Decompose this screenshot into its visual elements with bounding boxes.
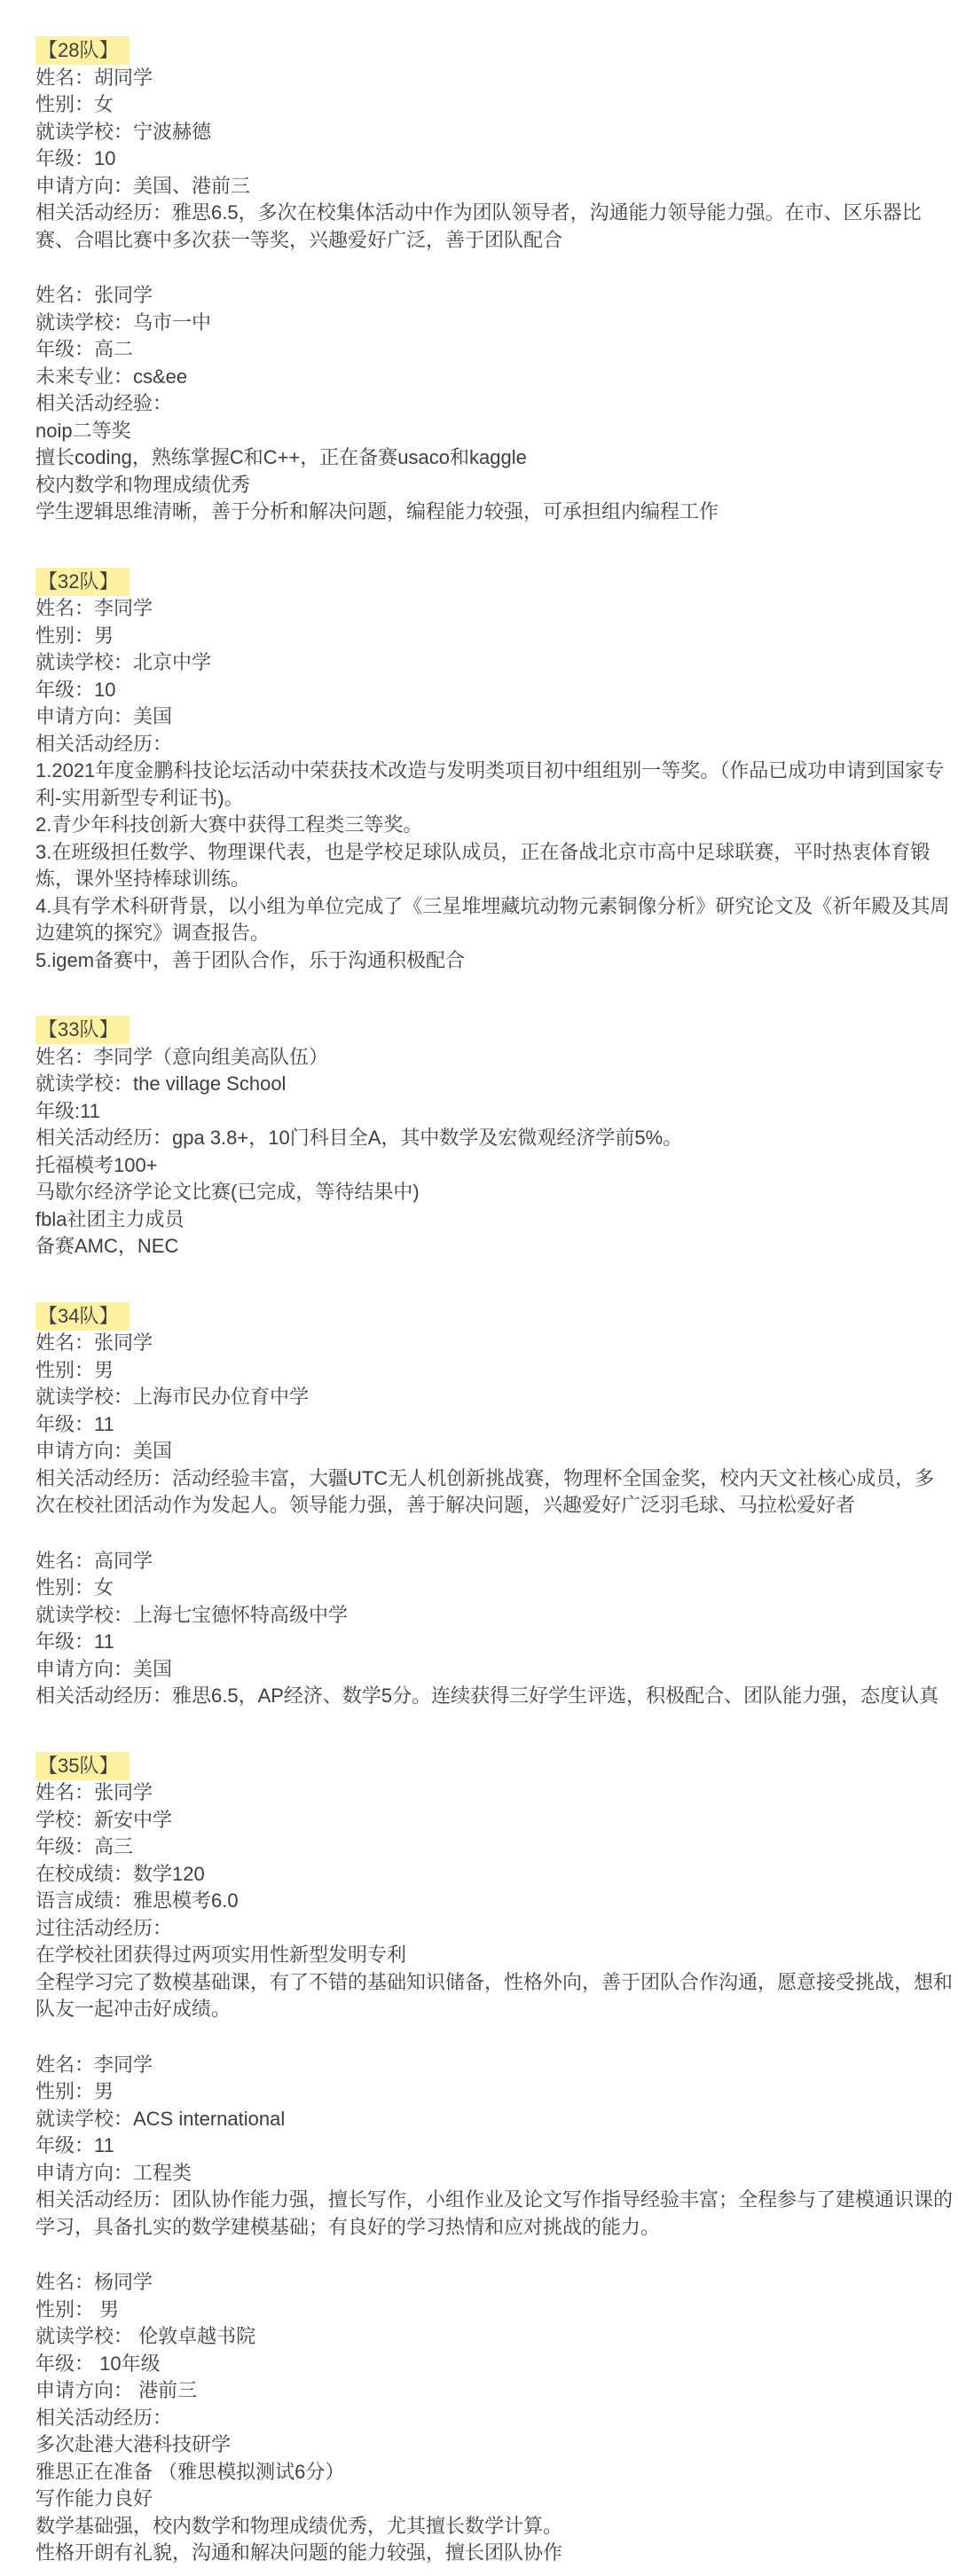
profile-line-school: 就读学校：宁波赫德 [35,119,953,146]
profile-line-patent: 在学校社团获得过两项实用性新型发明专利 [35,1942,953,1969]
profile-line-gender: 性别：男 [35,2078,953,2106]
student-profile: 姓名：张同学 就读学校：乌市一中 年级：高二 未来专业：cs&ee 相关活动经验… [35,282,953,526]
profile-line-activities: 相关活动经历：雅思6.5，多次在校集体活动中作为团队领导者，沟通能力领导能力强。… [35,200,953,254]
team-header: 【32队】 [35,569,953,596]
profile-line-application: 申请方向：美国 [35,1438,953,1465]
profile-line-name: 姓名：李同学（意向组美高队伍） [35,1044,953,1072]
team-header: 【33队】 [35,1017,953,1044]
profile-line-item-2: 2.青少年科技创新大赛中获得工程类三等奖。 [35,812,953,839]
profile-line-summary: 全程学习完了数模基础课，有了不错的基础知识储备，性格外向，善于团队合作沟通，愿意… [35,1969,953,2023]
team-section-33: 【33队】 姓名：李同学（意向组美高队伍） 就读学校：the village S… [35,1017,953,1261]
student-profile: 姓名：张同学 学校：新安中学 年级：高三 在校成绩：数学120 语言成绩：雅思模… [35,1779,953,2023]
profile-line-school: 就读学校：北京中学 [35,649,953,677]
profile-line-item-5: 5.igem备赛中，善于团队合作，乐于沟通积极配合 [35,947,953,975]
team-header: 【35队】 [35,1753,953,1780]
team-section-28: 【28队】 姓名：胡同学 性别：女 就读学校：宁波赫德 年级：10 申请方向：美… [35,37,953,526]
profile-line-contests: 备赛AMC，NEC [35,1233,953,1261]
team-header-highlight: 【28队】 [35,36,130,65]
team-header: 【28队】 [35,37,953,65]
profile-line-activities: 相关活动经历：活动经验丰富，大疆UTC无人机创新挑战赛，物理杯全国金奖，校内天文… [35,1465,953,1520]
team-roster-document: 【28队】 姓名：胡同学 性别：女 就读学校：宁波赫德 年级：10 申请方向：美… [0,0,958,2576]
student-profile: 姓名：杨同学 性别： 男 就读学校： 伦敦卓越书院 年级： 10年级 申请方向：… [35,2269,953,2567]
profile-line-activities: 过往活动经历： [35,1915,953,1943]
profile-line-school: 就读学校：the village School [35,1071,953,1098]
profile-line-school: 就读学校：ACS international [35,2106,953,2133]
profile-line-writing: 写作能力良好 [35,2486,953,2513]
profile-line-name: 姓名：张同学 [35,1330,953,1357]
profile-line-name: 姓名：胡同学 [35,65,953,92]
profile-line-application: 申请方向： 港前三 [35,2377,953,2405]
profile-line-name: 姓名：李同学 [35,2052,953,2079]
student-profile: 姓名：李同学 性别：男 就读学校：北京中学 年级：10 申请方向：美国 相关活动… [35,595,953,974]
profile-line-application: 申请方向：美国 [35,703,953,731]
profile-line-item-3: 3.在班级担任数学、物理课代表，也是学校足球队成员，正在备战北京市高中足球联赛，… [35,839,953,893]
profile-line-study-trip: 多次赴港大港科技研学 [35,2431,953,2459]
profile-line-name: 姓名：李同学 [35,595,953,623]
student-profile: 姓名：李同学 性别：男 就读学校：ACS international 年级：11… [35,2052,953,2242]
profile-line-item-1: 1.2021年度金鹏科技论坛活动中荣获技术改造与发明类项目初中组组别一等奖。（作… [35,758,953,812]
profile-line-ielts: 雅思正在准备 （雅思模拟测试6分） [35,2459,953,2486]
profile-line-name: 姓名：杨同学 [35,2269,953,2297]
profile-line-gender: 性别： 男 [35,2297,953,2324]
team-header-highlight: 【35队】 [35,1752,130,1780]
profile-line-application: 申请方向：美国、港前三 [35,173,953,200]
team-header-highlight: 【32队】 [35,568,130,596]
profile-line-grades: 校内数学和物理成绩优秀 [35,472,953,499]
profile-line-gender: 性别：男 [35,623,953,650]
profile-line-school: 就读学校： 伦敦卓越书院 [35,2323,953,2351]
profile-line-award: noip二等奖 [35,418,953,445]
team-header: 【34队】 [35,1303,953,1331]
profile-line-summary: 学生逻辑思维清晰，善于分析和解决问题，编程能力较强，可承担组内编程工作 [35,499,953,526]
profile-line-name: 姓名：张同学 [35,1779,953,1807]
team-section-32: 【32队】 姓名：李同学 性别：男 就读学校：北京中学 年级：10 申请方向：美… [35,569,953,975]
profile-line-application: 申请方向：美国 [35,1656,953,1684]
profile-line-personality: 性格开朗有礼貌，沟通和解决问题的能力较强，擅长团队协作 [35,2540,953,2567]
student-profile: 姓名：张同学 性别：男 就读学校：上海市民办位育中学 年级：11 申请方向：美国… [35,1330,953,1520]
profile-line-grade: 年级： 10年级 [35,2351,953,2378]
profile-line-grade: 年级：11 [35,1411,953,1439]
team-header-highlight: 【33队】 [35,1016,130,1044]
profile-line-school: 就读学校：乌市一中 [35,310,953,337]
profile-line-scores: 在校成绩：数学120 [35,1861,953,1889]
profile-line-item-4: 4.具有学术科研背景，以小组为单位完成了《三星堆埋藏坑动物元素铜像分析》研究论文… [35,893,953,947]
profile-line-grade: 年级：高三 [35,1834,953,1861]
profile-line-activities: 相关活动经历：gpa 3.8+，10门科目全A，其中数学及宏微观经济学前5%。 [35,1125,953,1152]
profile-line-math: 数学基础强，校内数学和物理成绩优秀，尤其擅长数学计算。 [35,2513,953,2541]
profile-line-name: 姓名：张同学 [35,282,953,310]
team-section-34: 【34队】 姓名：张同学 性别：男 就读学校：上海市民办位育中学 年级：11 申… [35,1303,953,1710]
profile-line-gender: 性别：女 [35,91,953,119]
profile-line-activities: 相关活动经历： [35,731,953,758]
student-profile: 姓名：高同学 性别：女 就读学校：上海七宝德怀特高级中学 年级：11 申请方向：… [35,1548,953,1710]
profile-line-club: fbla社团主力成员 [35,1206,953,1234]
profile-line-application: 申请方向：工程类 [35,2160,953,2187]
profile-line-skills: 擅长coding，熟练掌握C和C++，正在备赛usaco和kaggle [35,444,953,472]
profile-line-competition: 马歇尔经济学论文比赛(已完成，等待结果中) [35,1179,953,1206]
profile-line-school: 就读学校：上海市民办位育中学 [35,1384,953,1411]
profile-line-activities: 相关活动经历： [35,2405,953,2432]
profile-line-school: 学校：新安中学 [35,1807,953,1834]
profile-line-grade: 年级：10 [35,145,953,173]
student-profile: 姓名：胡同学 性别：女 就读学校：宁波赫德 年级：10 申请方向：美国、港前三 … [35,65,953,255]
profile-line-language: 语言成绩：雅思模考6.0 [35,1888,953,1915]
profile-line-school: 就读学校：上海七宝德怀特高级中学 [35,1602,953,1630]
profile-line-activities: 相关活动经历：雅思6.5，AP经济、数学5分。连续获得三好学生评选，积极配合、团… [35,1683,953,1710]
team-section-35: 【35队】 姓名：张同学 学校：新安中学 年级：高三 在校成绩：数学120 语言… [35,1753,953,2567]
profile-line-grade: 年级：高二 [35,336,953,364]
profile-line-grade: 年级：11 [35,1629,953,1656]
profile-line-gender: 性别：男 [35,1357,953,1385]
profile-line-grade: 年级:11 [35,1098,953,1126]
profile-line-gender: 性别：女 [35,1575,953,1602]
profile-line-grade: 年级：10 [35,677,953,704]
team-header-highlight: 【34队】 [35,1302,130,1331]
profile-line-grade: 年级：11 [35,2132,953,2160]
profile-line-name: 姓名：高同学 [35,1548,953,1575]
profile-line-activities: 相关活动经历：团队协作能力强，擅长写作，小组作业及论文写作指导经验丰富；全程参与… [35,2187,953,2241]
profile-line-activities: 相关活动经验： [35,390,953,418]
profile-line-toefl: 托福模考100+ [35,1152,953,1180]
student-profile: 姓名：李同学（意向组美高队伍） 就读学校：the village School … [35,1044,953,1261]
profile-line-major: 未来专业：cs&ee [35,364,953,391]
